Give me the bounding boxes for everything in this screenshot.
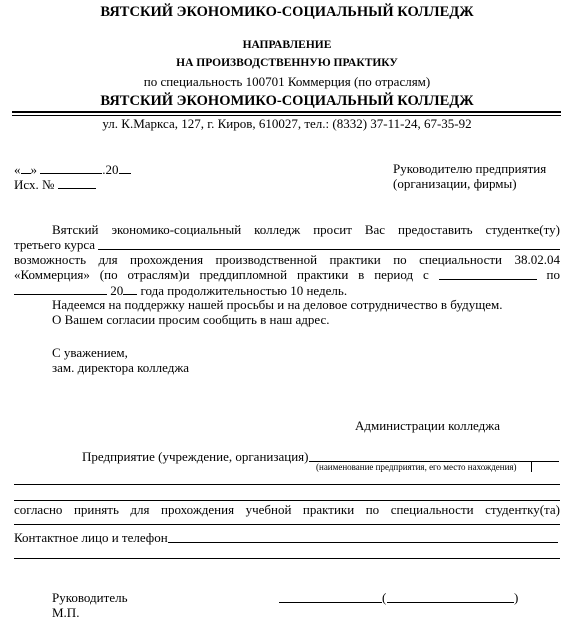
college-address: ул. К.Маркса, 127, г. Киров, 610027, тел… [0,116,574,131]
duration-text: года продолжительностью 10 недель. [141,283,348,298]
word: практики [329,252,380,267]
word: 38.02.04 [514,252,560,267]
word: прохождения [130,252,203,267]
sig-paren-close: ) [514,590,518,605]
contact-field[interactable] [168,542,558,543]
signature-field[interactable] [279,602,382,603]
outgoing-label: Исх. № [14,177,54,192]
outgoing-number-line: Исх. № [14,176,96,192]
word: прохождения [161,502,234,517]
month-field[interactable] [40,161,102,174]
word: для [130,502,149,517]
word: (по [100,267,118,282]
word: «Коммерция» [14,267,90,282]
doc-title-line1: НАПРАВЛЕНИЕ [0,38,574,53]
header-rule-thick [12,111,561,113]
contact-field-2[interactable] [14,558,560,559]
word: студентку(та) [485,502,560,517]
student-name-field[interactable] [98,249,560,250]
word: по [393,252,406,267]
enterprise-hint: (наименование предприятия, его место нах… [316,462,517,473]
word: по [547,267,560,282]
consent-text: О Вашем согласии просим сообщить в наш а… [52,312,330,327]
word: с [423,267,429,282]
word: Вас [365,222,385,237]
regards-text: С уважением, [52,345,128,360]
word: экономико-социальный [111,222,241,237]
word: специальности [391,502,474,517]
signature-name-field[interactable] [387,602,514,603]
reply-addressee: Администрации колледжа [355,418,500,433]
request-line3: «Коммерция» (по отраслям)и преддипломной… [14,267,560,282]
word: производственной [216,252,318,267]
college-name-repeat: ВЯТСКИЙ ЭКОНОМИКО-СОЦИАЛЬНЫЙ КОЛЛЕДЖ [0,94,574,109]
word: студентке(ту) [486,222,560,237]
word: преддипломной [200,267,288,282]
day-field[interactable] [21,161,31,174]
head-label: Руководитель [52,590,128,605]
word: практики [303,502,354,517]
doc-title-line2: НА ПРОИЗВОДСТВЕННУЮ ПРАКТИКУ [0,56,574,71]
request-line4: 20 года продолжительностью 10 недель. [14,282,347,298]
word: колледж [254,222,300,237]
blank-line[interactable] [14,500,560,501]
word: по [366,502,379,517]
word: для [98,252,117,267]
agree-line: согласно принять для прохождения учебной… [14,502,560,517]
contact-label: Контактное лицо и телефон [14,530,168,545]
word: принять [74,502,119,517]
recipient-line2: (организации, фирмы) [393,176,517,191]
hint-divider [531,462,532,472]
stamp-label: М.П. [52,605,79,620]
word: в [358,267,364,282]
enterprise-label: Предприятие (учреждение, организация) [82,449,308,464]
word: Вятский [52,222,99,237]
word: согласно [14,502,62,517]
hope-text: Надеемся на поддержку нашей просьбы и на… [52,297,502,312]
enterprise-name-field-2[interactable] [14,484,560,485]
year-prefix: 20 [110,283,123,298]
request-line2: возможность для прохождения производстве… [14,252,560,267]
recipient-line1: Руководителю предприятия [393,161,546,176]
request-line1: Вятский экономико-социальный колледж про… [52,222,560,237]
word: возможность [14,252,86,267]
outgoing-number-field[interactable] [58,176,96,189]
word: предоставить [398,222,473,237]
word: практики [297,267,348,282]
word: период [374,267,413,282]
year-field[interactable] [119,161,131,174]
specialty-line: по специальность 100701 Коммерция (по от… [0,74,574,89]
signer-title: зам. директора колледжа [52,360,189,375]
college-name: ВЯТСКИЙ ЭКОНОМИКО-СОЦИАЛЬНЫЙ КОЛЛЕДЖ [0,5,574,20]
word: отраслям)и [127,267,189,282]
word: учебной [246,502,292,517]
period-end-field[interactable] [14,282,107,295]
period-year-field[interactable] [123,282,137,295]
year-prefix: .20 [102,162,118,177]
date-quote-close: » [31,162,38,177]
specialty-field[interactable] [14,524,560,525]
period-start-field[interactable] [439,267,537,280]
date-line: «» .20 [14,161,131,177]
word: просит [313,222,352,237]
course-label: третьего курса [14,237,95,252]
word: специальности [419,252,502,267]
sig-paren-open: ( [382,590,386,605]
